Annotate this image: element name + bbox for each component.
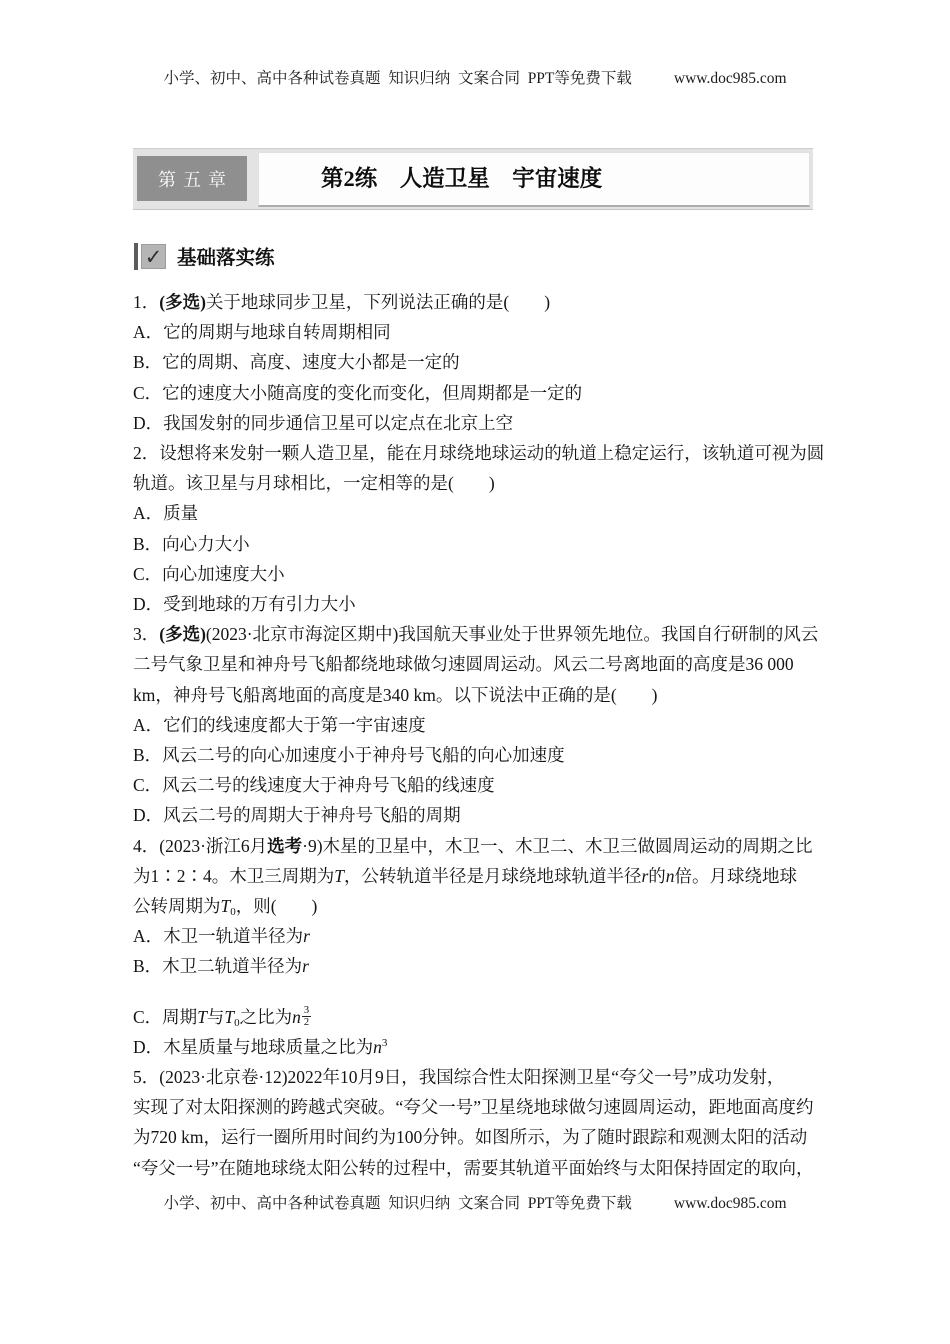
q5-stem-line2: 实现了对太阳探测的跨越式突破。“夸父一号”卫星绕地球做匀速圆周运动，距地面高度约 <box>133 1092 833 1122</box>
q2-option-a: A．质量 <box>133 498 833 528</box>
q4-option-a-var: r <box>303 926 310 946</box>
q4-option-a-text: A．木卫一轨道半径为 <box>133 926 303 946</box>
q1-multi-select-tag: (多选) <box>159 292 206 312</box>
footer-site-url: www.doc985.com <box>674 1195 787 1213</box>
q4-option-c-T: T <box>197 1007 207 1027</box>
q4-frac-denominator: 2 <box>302 1017 311 1029</box>
q4-option-d-var: n <box>373 1037 382 1057</box>
q1-stem-text: 关于地球同步卫星，下列说法正确的是( ) <box>206 292 550 312</box>
q4-exam-tag: 选考 <box>267 836 302 856</box>
q4-option-d: D．木星质量与地球质量之比为n3 <box>133 1032 833 1062</box>
q1-option-b: B．它的周期、高度、速度大小都是一定的 <box>133 347 833 377</box>
q3-option-a-text: A．它们的线速度都大于第一宇宙速度 <box>133 715 426 735</box>
q4-option-d-exponent: 3 <box>382 1037 388 1049</box>
q4-l3-b: ，则( ) <box>236 896 318 916</box>
chapter-banner: 第五章 第2练 人造卫星 宇宙速度 <box>133 148 813 210</box>
q1-stem: 1．(多选)关于地球同步卫星，下列说法正确的是( ) <box>133 287 833 317</box>
q5-stem-line1: 5．(2023·北京卷·12)2022年10月9日，我国综合性太阳探测卫星“夸父… <box>133 1062 833 1092</box>
q3-stem-line3-text: km，神舟号飞船离地面的高度是340 km。以下说法中正确的是( ) <box>133 685 658 705</box>
q3-option-b-text: B．风云二号的向心加速度小于神舟号飞船的向心加速度 <box>133 745 565 765</box>
q3-option-c: C．风云二号的线速度大于神舟号飞船的线速度 <box>133 770 833 800</box>
q2-stem-line1-text: 2．设想将来发射一颗人造卫星，能在月球绕地球运动的轨道上稳定运行，该轨道可视为圆 <box>133 443 824 463</box>
q3-option-d: D．风云二号的周期大于神舟号飞船的周期 <box>133 800 833 830</box>
q1-number: 1． <box>133 292 159 312</box>
q4-stem-post: ·9)木星的卫星中，木卫一、木卫二、木卫三做圆周运动的周期之比 <box>302 836 812 856</box>
q1-option-b-text: B．它的周期、高度、速度大小都是一定的 <box>133 352 460 372</box>
q4-option-c: C．周期T与T0之比为n32 <box>133 982 833 1032</box>
q3-stem-line3: km，神舟号飞船离地面的高度是340 km。以下说法中正确的是( ) <box>133 680 833 710</box>
q4-l2-c: 的 <box>648 866 666 886</box>
q2-option-d-text: D．受到地球的万有引力大小 <box>133 594 356 614</box>
question-body: 1．(多选)关于地球同步卫星，下列说法正确的是( ) A．它的周期与地球自转周期… <box>133 287 833 1183</box>
q2-option-c-text: C．向心加速度大小 <box>133 564 285 584</box>
q5-stem-line3-text: 为720 km，运行一圈所用时间约为100分钟。如图所示，为了随时跟踪和观测太阳… <box>133 1127 807 1147</box>
section-heading: ✓ 基础落实练 <box>134 242 275 270</box>
q2-stem-line1: 2．设想将来发射一颗人造卫星，能在月球绕地球运动的轨道上稳定运行，该轨道可视为圆 <box>133 438 833 468</box>
q4-option-c-c: 之比为 <box>240 1007 293 1027</box>
q4-option-b: B．木卫二轨道半径为r <box>133 951 833 981</box>
q1-option-d-text: D．我国发射的同步通信卫星可以定点在北京上空 <box>133 413 513 433</box>
q2-option-d: D．受到地球的万有引力大小 <box>133 589 833 619</box>
q5-stem-line2-text: 实现了对太阳探测的跨越式突破。“夸父一号”卫星绕地球做匀速圆周运动，距地面高度约 <box>133 1097 814 1117</box>
q3-option-b: B．风云二号的向心加速度小于神舟号飞船的向心加速度 <box>133 740 833 770</box>
q2-option-c: C．向心加速度大小 <box>133 559 833 589</box>
q4-stem-line3: 公转周期为T0，则( ) <box>133 891 833 921</box>
q4-option-c-b: 与 <box>207 1007 225 1027</box>
q3-option-a: A．它们的线速度都大于第一宇宙速度 <box>133 710 833 740</box>
q4-stem-line2: 为1∶2∶4。木卫三周期为T，公转轨道半径是月球绕地球轨道半径r的n倍。月球绕地… <box>133 861 833 891</box>
q2-stem-line2: 轨道。该卫星与月球相比，一定相等的是( ) <box>133 468 833 498</box>
q4-var-T0: T <box>221 896 231 916</box>
q4-option-c-T0: T <box>224 1007 234 1027</box>
q4-option-a: A．木卫一轨道半径为r <box>133 921 833 951</box>
lesson-title-box: 第2练 人造卫星 宇宙速度 <box>258 152 810 207</box>
q5-stem-line1-text: 5．(2023·北京卷·12)2022年10月9日，我国综合性太阳探测卫星“夸父… <box>133 1067 784 1087</box>
q2-option-b-text: B．向心力大小 <box>133 534 250 554</box>
q4-var-n: n <box>666 866 675 886</box>
q3-number: 3． <box>133 624 159 644</box>
q5-stem-line4-text: “夸父一号”在随地球绕太阳公转的过程中，需要其轨道平面始终与太阳保持固定的取向， <box>133 1158 814 1178</box>
header-site-url: www.doc985.com <box>674 70 787 88</box>
q1-option-a-text: A．它的周期与地球自转周期相同 <box>133 322 391 342</box>
lesson-title: 第2练 人造卫星 宇宙速度 <box>259 153 809 204</box>
q4-l3-a: 公转周期为 <box>133 896 221 916</box>
section-title: 基础落实练 <box>177 242 275 270</box>
section-accent-bar <box>134 243 138 270</box>
q5-stem-line3: 为720 km，运行一圈所用时间约为100分钟。如图所示，为了随时跟踪和观测太阳… <box>133 1122 833 1152</box>
q3-stem-line2-text: 二号气象卫星和神舟号飞船都绕地球做匀速圆周运动。风云二号离地面的高度是36 00… <box>133 654 794 674</box>
q2-stem-line2-text: 轨道。该卫星与月球相比，一定相等的是( ) <box>133 473 495 493</box>
q3-stem-line1: 3．(多选)(2023·北京市海淀区期中)我国航天事业处于世界领先地位。我国自行… <box>133 619 833 649</box>
q1-option-d: D．我国发射的同步通信卫星可以定点在北京上空 <box>133 408 833 438</box>
q1-option-a: A．它的周期与地球自转周期相同 <box>133 317 833 347</box>
q2-option-a-text: A．质量 <box>133 503 198 523</box>
q4-option-c-exponent-fraction: 32 <box>302 1005 311 1029</box>
q4-l2-a: 为1∶2∶4。木卫三周期为 <box>133 866 334 886</box>
q4-l2-b: ，公转轨道半径是月球绕地球轨道半径 <box>344 866 642 886</box>
q2-option-b: B．向心力大小 <box>133 529 833 559</box>
footer-promo-bar: 小学、初中、高中各种试卷真题 知识归纳 文案合同 PPT等免费下载 www.do… <box>0 1191 950 1213</box>
header-promo-text: 小学、初中、高中各种试卷真题 知识归纳 文案合同 PPT等免费下载 <box>163 66 631 88</box>
q4-option-d-text: D．木星质量与地球质量之比为 <box>133 1037 373 1057</box>
q3-stem-line2: 二号气象卫星和神舟号飞船都绕地球做匀速圆周运动。风云二号离地面的高度是36 00… <box>133 649 833 679</box>
header-promo-bar: 小学、初中、高中各种试卷真题 知识归纳 文案合同 PPT等免费下载 www.do… <box>0 66 950 88</box>
q4-stem-line1: 4．(2023·浙江6月选考·9)木星的卫星中，木卫一、木卫二、木卫三做圆周运动… <box>133 831 833 861</box>
q1-option-c-text: C．它的速度大小随高度的变化而变化，但周期都是一定的 <box>133 383 582 403</box>
q3-option-d-text: D．风云二号的周期大于神舟号飞船的周期 <box>133 805 461 825</box>
q4-option-b-text: B．木卫二轨道半径为 <box>133 956 302 976</box>
q1-option-c: C．它的速度大小随高度的变化而变化，但周期都是一定的 <box>133 378 833 408</box>
q4-stem-pre: 4．(2023·浙江6月 <box>133 836 267 856</box>
check-icon: ✓ <box>141 244 166 269</box>
q4-option-c-a: C．周期 <box>133 1007 197 1027</box>
q4-option-c-n: n <box>292 1007 301 1027</box>
q5-stem-line4: “夸父一号”在随地球绕太阳公转的过程中，需要其轨道平面始终与太阳保持固定的取向， <box>133 1153 833 1183</box>
q3-stem-line1-text: (2023·北京市海淀区期中)我国航天事业处于世界领先地位。我国自行研制的风云 <box>206 624 818 644</box>
q4-l2-d: 倍。月球绕地球 <box>675 866 798 886</box>
footer-promo-text: 小学、初中、高中各种试卷真题 知识归纳 文案合同 PPT等免费下载 <box>163 1191 631 1213</box>
q3-multi-select-tag: (多选) <box>159 624 206 644</box>
chapter-label: 第五章 <box>137 156 247 201</box>
q4-option-b-var: r <box>302 956 309 976</box>
q4-frac-numerator: 3 <box>302 1005 311 1018</box>
q4-var-T: T <box>334 866 344 886</box>
q3-option-c-text: C．风云二号的线速度大于神舟号飞船的线速度 <box>133 775 495 795</box>
